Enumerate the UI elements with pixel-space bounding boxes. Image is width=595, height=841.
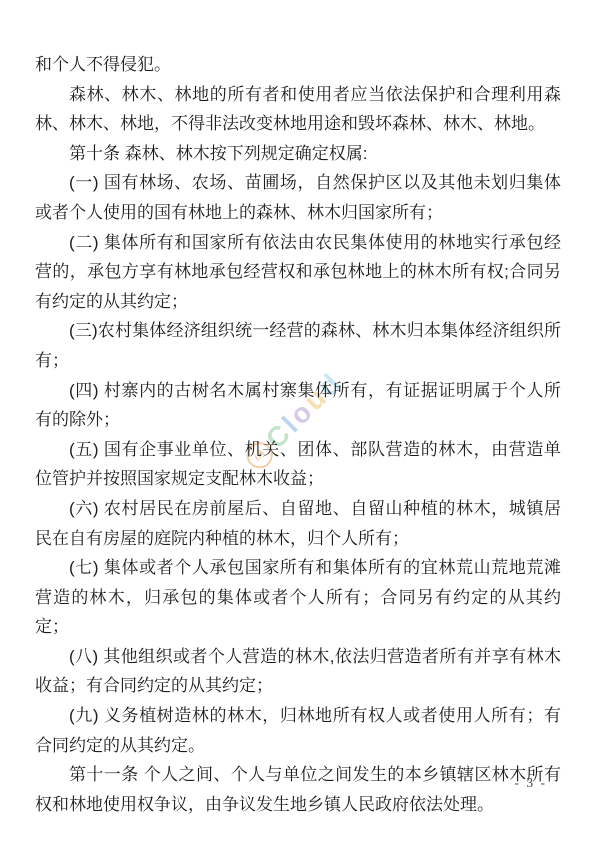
paragraph-item-4: (四) 村寨内的古树名木属村寨集体所有，有证据证明属于个人所有的除外； bbox=[35, 376, 561, 435]
paragraph-continuation: 和个人不得侵犯。 bbox=[35, 50, 561, 80]
document-page: 和个人不得侵犯。 森林、林木、林地的所有者和使用者应当依法保护和合理利用森林、林… bbox=[0, 0, 595, 841]
document-body: 和个人不得侵犯。 森林、林木、林地的所有者和使用者应当依法保护和合理利用森林、林… bbox=[35, 50, 561, 819]
paragraph-article-11: 第十一条 个人之间、个人与单位之间发生的本乡镇辖区林木所有权和林地使用权争议，由… bbox=[35, 760, 561, 819]
paragraph: 森林、林木、林地的所有者和使用者应当依法保护和合理利用森林、林木、林地，不得非法… bbox=[35, 80, 561, 139]
paragraph-item-1: (一) 国有林场、农场、苗圃场，自然保护区以及其他未划归集体或者个人使用的国有林… bbox=[35, 168, 561, 227]
paragraph-item-6: (六) 农村居民在房前屋后、自留地、自留山种植的林木，城镇居民在自有房屋的庭院内… bbox=[35, 494, 561, 553]
paragraph-item-3: (三)农村集体经济组织统一经营的森林、林木归本集体经济组织所有； bbox=[35, 316, 561, 375]
paragraph-item-5: (五) 国有企事业单位、机关、团体、部队营造的林木，由营造单位管护并按照国家规定… bbox=[35, 435, 561, 494]
paragraph-item-9: (九) 义务植树造林的林木，归林地所有权人或者使用人所有；有合同约定的从其约定。 bbox=[35, 701, 561, 760]
paragraph-article-10: 第十条 森林、林木按下列规定确定权属: bbox=[35, 139, 561, 169]
paragraph-item-8: (八) 其他组织或者个人营造的林木,依法归营造者所有并享有林木收益；有合同约定的… bbox=[35, 642, 561, 701]
paragraph-item-7: (七) 集体或者个人承包国家所有和集体所有的宜林荒山荒地荒滩营造的林木，归承包的… bbox=[35, 553, 561, 642]
page-number: - 3 - bbox=[515, 775, 548, 791]
paragraph-item-2: (二) 集体所有和国家所有依法由农民集体使用的林地实行承包经营的，承包方享有林地… bbox=[35, 228, 561, 317]
